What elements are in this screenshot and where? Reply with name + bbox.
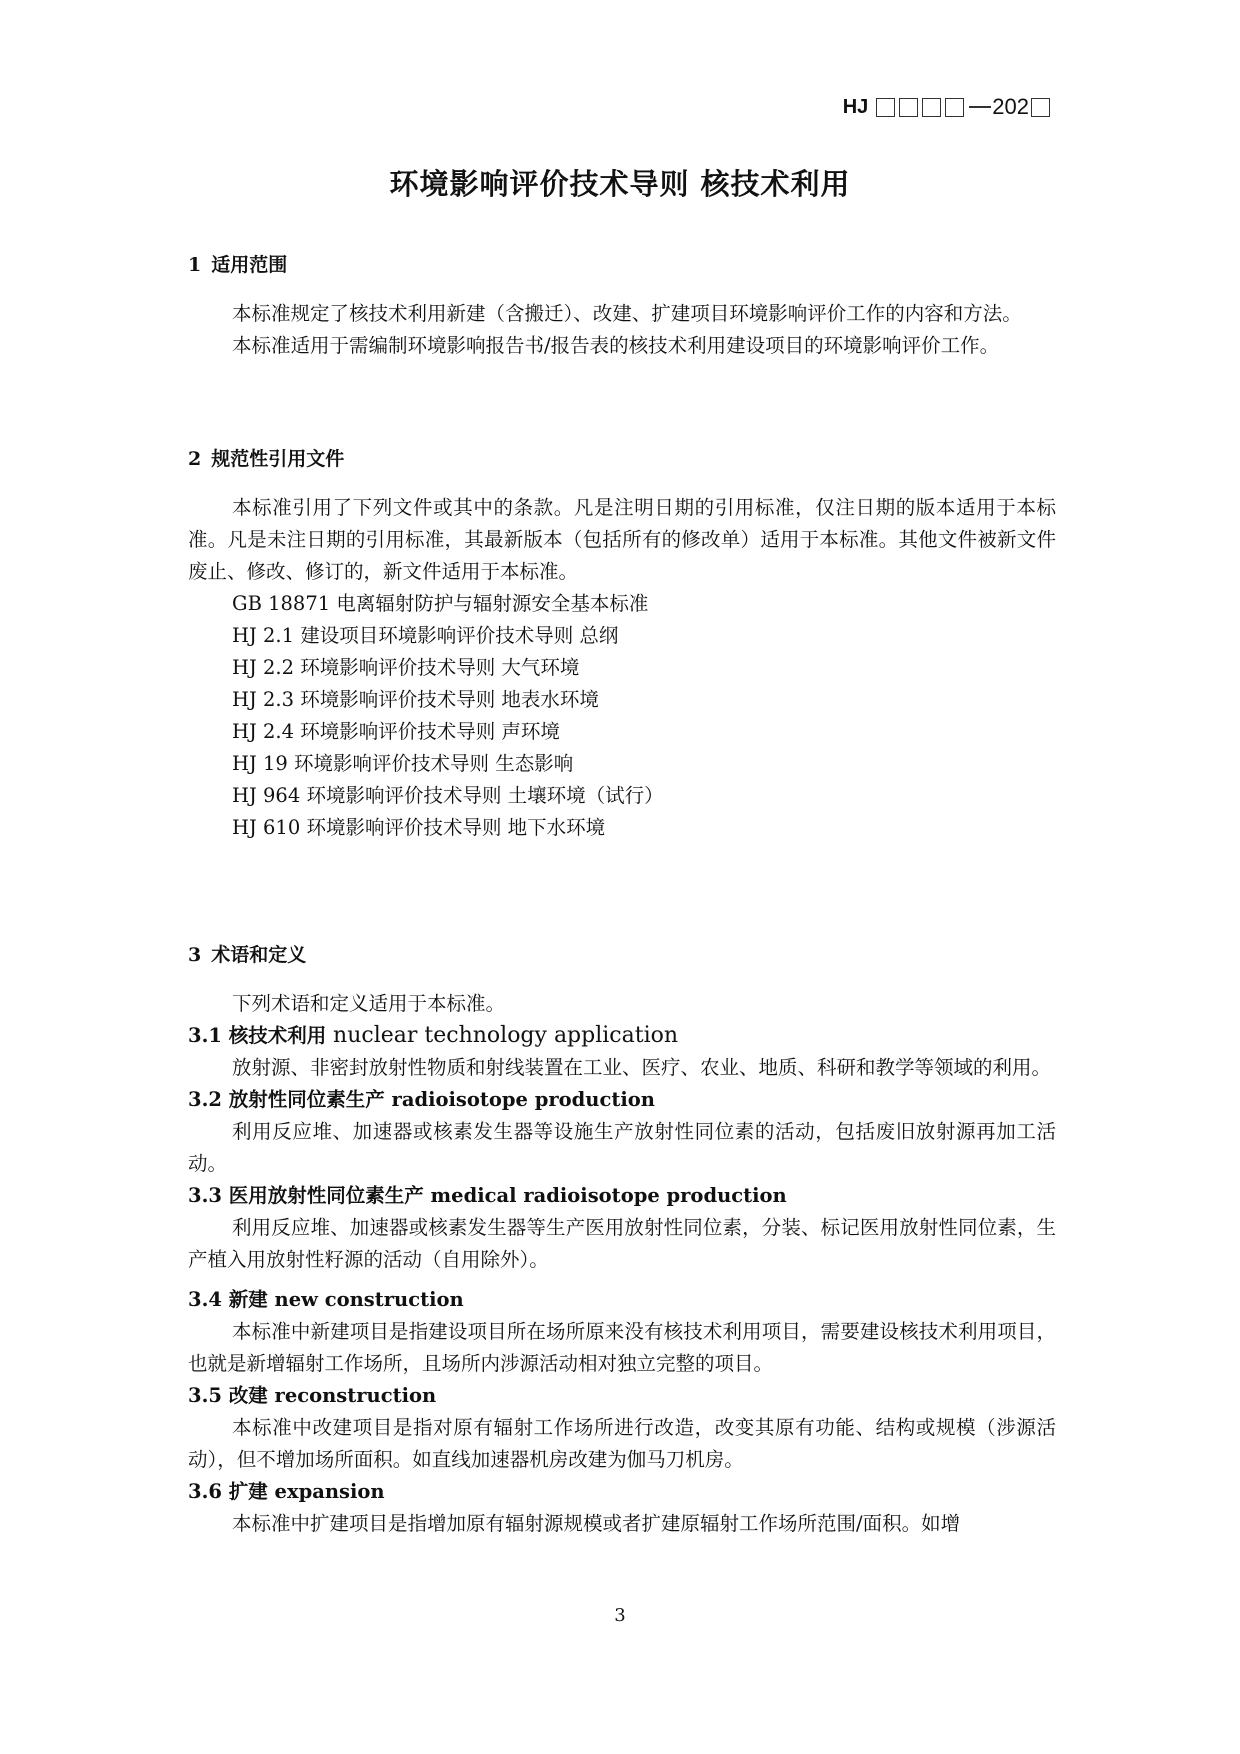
section-heading-3: 3术语和定义 [188, 940, 306, 967]
code-dash [969, 106, 991, 108]
section-heading-2: 2规范性引用文件 [188, 444, 344, 471]
placeholder-box [1031, 98, 1050, 117]
reference-item: HJ 19 环境影响评价技术导则 生态影响 [188, 748, 1056, 780]
standard-code-year: 202 [992, 94, 1029, 120]
term-definition: 利用反应堆、加速器或核素发生器等生产医用放射性同位素，分装、标记医用放射性同位素… [188, 1212, 1056, 1276]
document-page: HJ 202 环境影响评价技术导则 核技术利用 1适用范围 本标准规定了核技术利… [0, 0, 1240, 1754]
reference-item: GB 18871 电离辐射防护与辐射源安全基本标准 [188, 588, 1056, 620]
reference-item: HJ 2.3 环境影响评价技术导则 地表水环境 [188, 684, 1056, 716]
reference-item: HJ 2.1 建设项目环境影响评价技术导则 总纲 [188, 620, 1056, 652]
term-definition: 本标准中扩建项目是指增加原有辐射源规模或者扩建原辐射工作场所范围/面积。如增 [188, 1508, 1056, 1540]
reference-item: HJ 964 环境影响评价技术导则 土壤环境（试行） [188, 780, 1056, 812]
term-definition: 放射源、非密封放射性物质和射线装置在工业、医疗、农业、地质、科研和教学等领域的利… [188, 1052, 1056, 1084]
paragraph: 本标准适用于需编制环境影响报告书/报告表的核技术利用建设项目的环境影响评价工作。 [188, 330, 1056, 362]
placeholder-box [945, 98, 964, 117]
term-3-2: 3.2 放射性同位素生产 radioisotope production [188, 1084, 1056, 1116]
section-heading-1: 1适用范围 [188, 250, 287, 277]
term-3-3: 3.3 医用放射性同位素生产 medical radioisotope prod… [188, 1180, 1056, 1212]
reference-item: HJ 2.4 环境影响评价技术导则 声环境 [188, 716, 1056, 748]
term-3-5: 3.5 改建 reconstruction [188, 1380, 1056, 1412]
term-definition: 本标准中改建项目是指对原有辐射工作场所进行改造，改变其原有功能、结构或规模（涉源… [188, 1412, 1056, 1476]
term-definition: 利用反应堆、加速器或核素发生器等设施生产放射性同位素的活动，包括废旧放射源再加工… [188, 1116, 1056, 1180]
paragraph: 下列术语和定义适用于本标准。 [188, 988, 1056, 1020]
reference-item: HJ 2.2 环境影响评价技术导则 大气环境 [188, 652, 1056, 684]
page-number: 3 [0, 1605, 1240, 1626]
term-definition: 本标准中新建项目是指建设项目所在场所原来没有核技术利用项目，需要建设核技术利用项… [188, 1316, 1056, 1380]
section-1-body: 本标准规定了核技术利用新建（含搬迁）、改建、扩建项目环境影响评价工作的内容和方法… [188, 298, 1056, 362]
term-3-1: 3.1 核技术利用 nuclear technology application [188, 1020, 1056, 1052]
term-3-4: 3.4 新建 new construction [188, 1284, 1056, 1316]
reference-item: HJ 610 环境影响评价技术导则 地下水环境 [188, 812, 1056, 844]
placeholder-box [876, 98, 895, 117]
paragraph: 本标准引用了下列文件或其中的条款。凡是注明日期的引用标准，仅注日期的版本适用于本… [188, 492, 1056, 588]
section-2-body: 本标准引用了下列文件或其中的条款。凡是注明日期的引用标准，仅注日期的版本适用于本… [188, 492, 1056, 844]
placeholder-box [922, 98, 941, 117]
document-title: 环境影响评价技术导则 核技术利用 [0, 162, 1240, 203]
standard-code-prefix: HJ [843, 96, 869, 119]
paragraph: 本标准规定了核技术利用新建（含搬迁）、改建、扩建项目环境影响评价工作的内容和方法… [188, 298, 1056, 330]
section-3-body: 下列术语和定义适用于本标准。 3.1 核技术利用 nuclear technol… [188, 988, 1056, 1540]
placeholder-box [899, 98, 918, 117]
term-3-6: 3.6 扩建 expansion [188, 1476, 1056, 1508]
standard-code: HJ 202 [843, 94, 1052, 120]
